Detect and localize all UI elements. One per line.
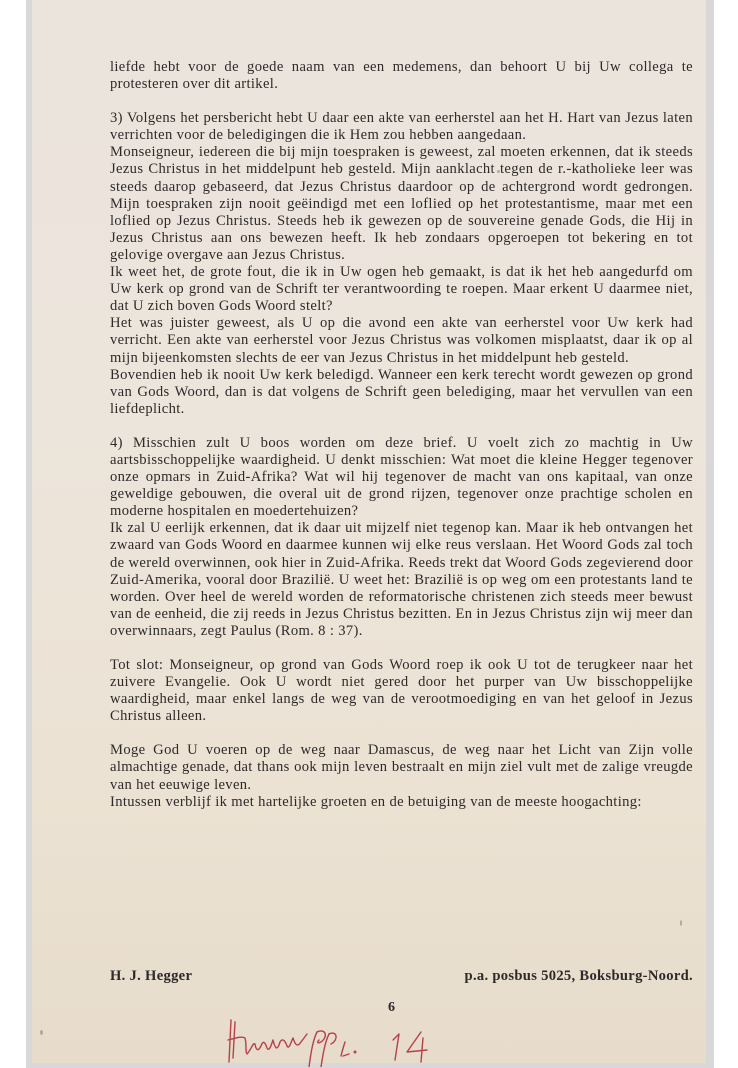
paper-speck: [40, 1030, 43, 1035]
sender-address: p.a. posbus 5025, Boksburg-Noord.: [465, 968, 693, 985]
paragraph-gap: [110, 93, 693, 110]
signature-name: H. J. Hegger: [110, 968, 192, 985]
paragraph-monseigneur: Monseigneur, iedereen die bij mijn toesp…: [110, 144, 693, 264]
paragraph-gap: [110, 725, 693, 742]
paragraph-1: liefde hebt voor de goede naam van een m…: [110, 59, 693, 93]
paper-speck: [497, 170, 500, 173]
letter-body: liefde hebt voor de goede naam van een m…: [110, 59, 693, 811]
paragraph-point-3: 3) Volgens het persbericht hebt U daar e…: [110, 110, 693, 144]
paragraph-gap: [110, 640, 693, 657]
paragraph-tot-slot: Tot slot: Monseigneur, op grond van Gods…: [110, 657, 693, 725]
paragraph-gap: [110, 418, 693, 435]
paragraph-damascus: Moge God U voeren op de weg naar Damascu…: [110, 742, 693, 793]
handwritten-annotation-icon: [225, 1012, 485, 1067]
paper-speck: [680, 920, 682, 926]
paragraph-point-4: 4) Misschien zult U boos worden om deze …: [110, 435, 693, 520]
paragraph-grote-fout: Ik weet het, de grote fout, die ik in Uw…: [110, 264, 693, 315]
paragraph-closing: Intussen verblijf ik met hartelijke groe…: [110, 794, 693, 811]
paragraph-bovendien: Bovendien heb ik nooit Uw kerk beledigd.…: [110, 367, 693, 418]
paragraph-eerherstel: Het was juister geweest, als U op die av…: [110, 315, 693, 366]
signature-line: H. J. Hegger p.a. posbus 5025, Boksburg-…: [110, 968, 693, 985]
paragraph-zwaard: Ik zal U eerlijk erkennen, dat ik daar u…: [110, 520, 693, 640]
